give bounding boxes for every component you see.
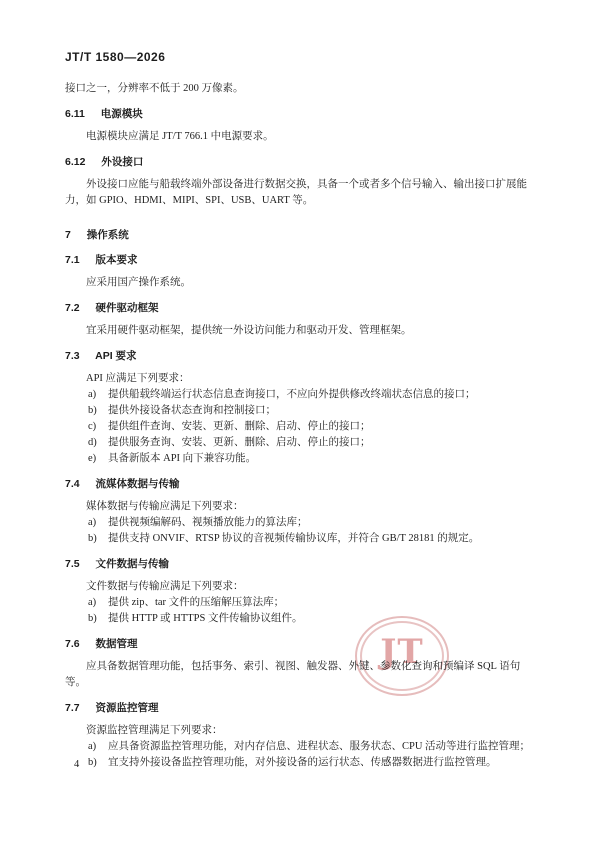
heading-title: 硬件驱动框架 (96, 302, 159, 314)
list-intro-7-3: API 应满足下列要求： (65, 371, 532, 387)
heading-title: 操作系统 (87, 229, 129, 241)
heading-number: 6.11 (65, 108, 85, 120)
list-item-label: c) (88, 419, 96, 435)
list-item-text: 提供 zip、tar 文件的压缩解压算法库； (108, 597, 284, 608)
heading-6-12: 6.12 外设接口 (65, 154, 532, 170)
list-7-5: a) 提供 zip、tar 文件的压缩解压算法库； b) 提供 HTTP 或 H… (65, 595, 532, 627)
heading-title: 版本要求 (96, 254, 138, 266)
list-item-label: a) (88, 739, 96, 755)
heading-7-3: 7.3 API 要求 (65, 348, 532, 364)
heading-7-1: 7.1 版本要求 (65, 252, 532, 268)
heading-number: 6.12 (65, 156, 85, 168)
list-item-text: 应具备资源监控管理功能，对内存信息、进程状态、服务状态、CPU 活动等进行监控管… (108, 741, 530, 752)
paragraph-6-12: 外设接口应能与船载终端外部设备进行数据交换，具备一个或者多个信号输入、输出接口扩… (65, 177, 532, 209)
list-item: a) 应具备资源监控管理功能，对内存信息、进程状态、服务状态、CPU 活动等进行… (65, 739, 532, 755)
list-item: a) 提供船载终端运行状态信息查询接口，不应向外提供修改终端状态信息的接口； (65, 387, 532, 403)
list-intro-7-4: 媒体数据与传输应满足下列要求： (65, 499, 532, 515)
list-item-label: b) (88, 611, 97, 627)
heading-7-5: 7.5 文件数据与传输 (65, 556, 532, 572)
heading-7-7: 7.7 资源监控管理 (65, 700, 532, 716)
paragraph-7-1: 应采用国产操作系统。 (65, 275, 532, 291)
list-item-label: a) (88, 515, 96, 531)
heading-number: 7 (65, 229, 71, 241)
heading-title: 资源监控管理 (96, 702, 159, 714)
list-item: c) 提供组件查询、安装、更新、删除、启动、停止的接口； (65, 419, 532, 435)
list-item-label: a) (88, 387, 96, 403)
heading-number: 7.6 (65, 638, 80, 650)
list-item-label: b) (88, 403, 97, 419)
heading-number: 7.1 (65, 254, 80, 266)
heading-title: 数据管理 (96, 638, 138, 650)
list-7-3: a) 提供船载终端运行状态信息查询接口，不应向外提供修改终端状态信息的接口； b… (65, 387, 532, 467)
continuation-paragraph: 接口之一，分辨率不低于 200 万像素。 (65, 81, 532, 97)
document-header: JT/T 1580—2026 (65, 50, 165, 64)
list-item-text: 提供服务查询、安装、更新、删除、启动、停止的接口； (108, 437, 371, 448)
heading-7: 7 操作系统 (65, 227, 532, 243)
paragraph-7-2: 宜采用硬件驱动框架，提供统一外设访问能力和驱动开发、管理框架。 (65, 323, 532, 339)
list-item-label: a) (88, 595, 96, 611)
list-item: d) 提供服务查询、安装、更新、删除、启动、停止的接口； (65, 435, 532, 451)
heading-number: 7.2 (65, 302, 80, 314)
document-body: 接口之一，分辨率不低于 200 万像素。 6.11 电源模块 电源模块应满足 J… (65, 81, 532, 771)
page-number: 4 (74, 759, 79, 770)
heading-number: 7.5 (65, 558, 80, 570)
list-7-7: a) 应具备资源监控管理功能，对内存信息、进程状态、服务状态、CPU 活动等进行… (65, 739, 532, 771)
list-intro-7-7: 资源监控管理满足下列要求： (65, 723, 532, 739)
list-item-text: 宜支持外接设备监控管理功能，对外接设备的运行状态、传感器数据进行监控管理。 (108, 757, 497, 768)
heading-title: API 要求 (95, 350, 136, 362)
list-item-label: b) (88, 755, 97, 771)
heading-title: 电源模块 (101, 108, 143, 120)
heading-7-2: 7.2 硬件驱动框架 (65, 300, 532, 316)
heading-title: 流媒体数据与传输 (96, 478, 180, 490)
list-item: a) 提供 zip、tar 文件的压缩解压算法库； (65, 595, 532, 611)
list-item-text: 具备新版本 API 向下兼容功能。 (108, 453, 256, 464)
list-item-text: 提供组件查询、安装、更新、删除、启动、停止的接口； (108, 421, 371, 432)
heading-number: 7.4 (65, 478, 80, 490)
list-item-text: 提供 HTTP 或 HTTPS 文件传输协议组件。 (108, 613, 302, 624)
heading-title: 外设接口 (101, 156, 143, 168)
heading-number: 7.3 (65, 350, 80, 362)
list-item-text: 提供船载终端运行状态信息查询接口，不应向外提供修改终端状态信息的接口； (108, 389, 476, 400)
list-item-label: d) (88, 435, 97, 451)
heading-number: 7.7 (65, 702, 80, 714)
list-item-label: e) (88, 451, 96, 467)
heading-7-6: 7.6 数据管理 (65, 636, 532, 652)
standard-code: JT/T 1580—2026 (65, 50, 165, 64)
list-item-label: b) (88, 531, 97, 547)
list-item: b) 提供外接设备状态查询和控制接口； (65, 403, 532, 419)
list-item: b) 提供支持 ONVIF、RTSP 协议的音视频传输协议库，并符合 GB/T … (65, 531, 532, 547)
paragraph-7-6: 应具备数据管理功能，包括事务、索引、视图、触发器、外键、参数化查询和预编译 SQ… (65, 659, 532, 691)
list-item: a) 提供视频编解码、视频播放能力的算法库； (65, 515, 532, 531)
list-item: b) 宜支持外接设备监控管理功能，对外接设备的运行状态、传感器数据进行监控管理。 (65, 755, 532, 771)
heading-7-4: 7.4 流媒体数据与传输 (65, 476, 532, 492)
list-item-text: 提供视频编解码、视频播放能力的算法库； (108, 517, 308, 528)
list-7-4: a) 提供视频编解码、视频播放能力的算法库； b) 提供支持 ONVIF、RTS… (65, 515, 532, 547)
list-item-text: 提供支持 ONVIF、RTSP 协议的音视频传输协议库，并符合 GB/T 281… (108, 533, 479, 544)
list-item-text: 提供外接设备状态查询和控制接口； (108, 405, 276, 416)
list-item: b) 提供 HTTP 或 HTTPS 文件传输协议组件。 (65, 611, 532, 627)
list-item: e) 具备新版本 API 向下兼容功能。 (65, 451, 532, 467)
document-page: JT JT/T 1580—2026 接口之一，分辨率不低于 200 万像素。 6… (0, 0, 596, 842)
heading-6-11: 6.11 电源模块 (65, 106, 532, 122)
list-intro-7-5: 文件数据与传输应满足下列要求： (65, 579, 532, 595)
paragraph-6-11: 电源模块应满足 JT/T 766.1 中电源要求。 (65, 129, 532, 145)
heading-title: 文件数据与传输 (96, 558, 170, 570)
